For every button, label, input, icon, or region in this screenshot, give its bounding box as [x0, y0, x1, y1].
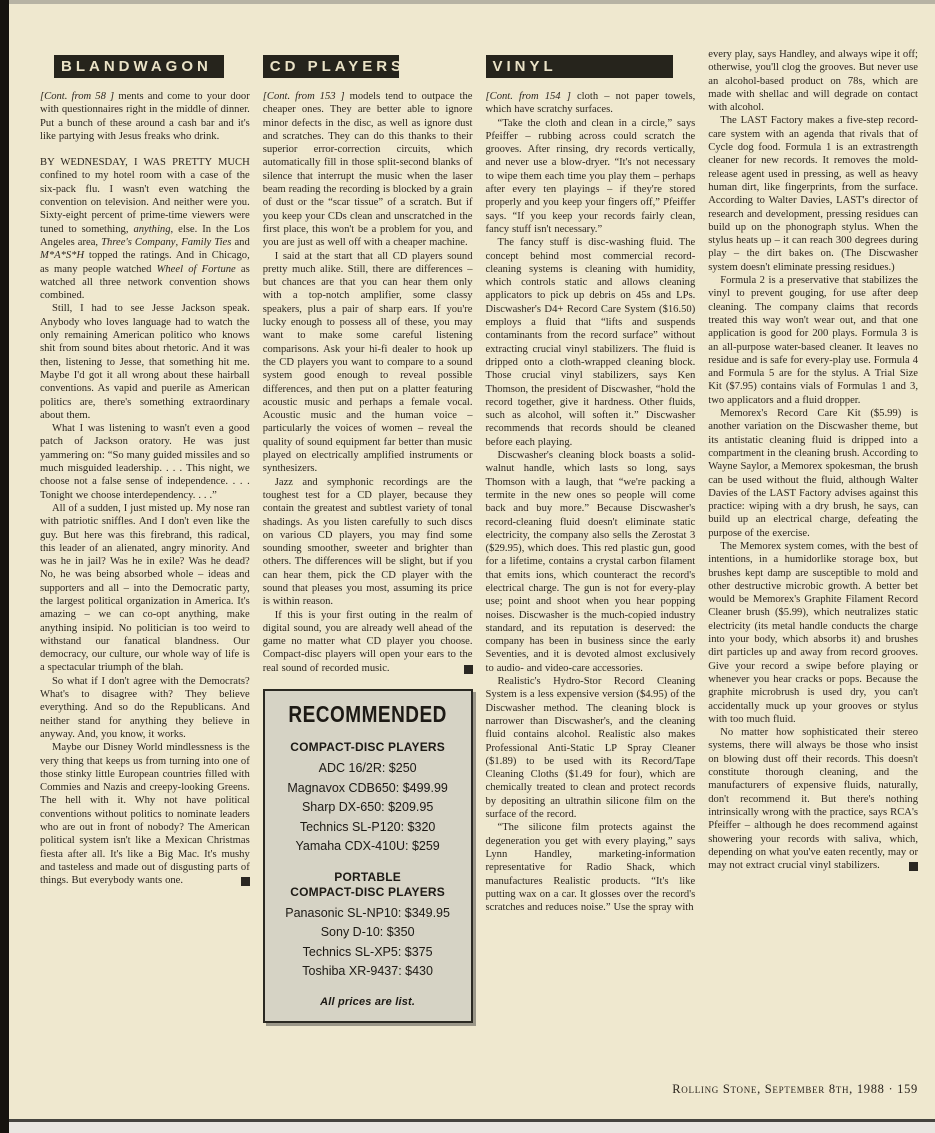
paragraph: Memorex's Record Care Kit ($5.99) is ano…: [708, 407, 918, 540]
recommended-item: ADC 16/2R: $250: [271, 759, 465, 779]
recommended-item: Panasonic SL-NP10: $349.95: [271, 904, 465, 924]
paragraph: BY WEDNESDAY, I WAS PRETTY MUCH confined…: [40, 156, 250, 302]
recommended-section: PORTABLECOMPACT-DISC PLAYERSPanasonic SL…: [271, 870, 465, 982]
section-header-vinyl: VINYL: [486, 55, 673, 78]
recommended-item: Toshiba XR-9437: $430: [271, 962, 465, 982]
paragraph: I said at the start that all CD players …: [263, 250, 473, 476]
paragraph: Still, I had to see Jesse Jackson speak.…: [40, 302, 250, 422]
page-footer: Rolling Stone, September 8th, 1988 · 159: [672, 1082, 918, 1097]
recommended-item: Magnavox CDB650: $499.99: [271, 779, 465, 799]
paragraph: Realistic's Hydro-Stor Record Cleaning S…: [486, 675, 696, 821]
paragraph: Formula 2 is a preservative that stabili…: [708, 274, 918, 407]
paragraph: The fancy stuff is disc-washing fluid. T…: [486, 236, 696, 449]
column-vinyl: VINYL [Cont. from 154 ] cloth – not pape…: [486, 48, 696, 1023]
recommended-item: Sharp DX-650: $209.95: [271, 798, 465, 818]
recommended-item: Technics SL-XP5: $375: [271, 943, 465, 963]
paragraph: All of a sudden, I just misted up. My no…: [40, 502, 250, 675]
column-body: [Cont. from 153 ] models tend to outpace…: [263, 90, 473, 1023]
recommended-item: Sony D-10: $350: [271, 923, 465, 943]
paragraph: What I was listening to wasn't even a go…: [40, 422, 250, 502]
paragraph: The LAST Factory makes a five-step recor…: [708, 114, 918, 274]
recommended-section-heading: COMPACT-DISC PLAYERS: [271, 740, 465, 755]
paragraph: “The silicone film protects against the …: [486, 821, 696, 914]
paragraph: Jazz and symphonic recordings are the to…: [263, 476, 473, 609]
column-vinyl-continued: every play, says Handley, and always wip…: [708, 48, 918, 1023]
end-of-article-mark: [464, 665, 473, 674]
paragraph: If this is your first outing in the real…: [263, 609, 473, 675]
recommended-box-title: RECOMMENDED: [271, 703, 465, 729]
recommended-box-note: All prices are list.: [271, 996, 465, 1008]
paragraph: every play, says Handley, and always wip…: [708, 48, 918, 114]
section-header-cd-players: CD PLAYERS: [263, 55, 399, 78]
recommended-item: Technics SL-P120: $320: [271, 818, 465, 838]
end-of-article-mark: [241, 877, 250, 886]
page-left-edge: [0, 0, 9, 1133]
continued-from-note: [Cont. from 58 ]: [40, 91, 114, 102]
paragraph: [Cont. from 153 ] models tend to outpace…: [263, 90, 473, 250]
continued-from-note: [Cont. from 154 ]: [486, 91, 571, 102]
end-of-article-mark: [909, 862, 918, 871]
paragraph: Maybe our Disney World mindlessness is t…: [40, 741, 250, 887]
column-blandwagon: BLANDWAGON [Cont. from 58 ] ments and co…: [40, 48, 250, 1023]
recommended-section-heading: PORTABLECOMPACT-DISC PLAYERS: [271, 870, 465, 900]
recommended-item: Yamaha CDX-410U: $259: [271, 837, 465, 857]
column-body: [Cont. from 154 ] cloth – not paper towe…: [486, 90, 696, 914]
paragraph: The Memorex system comes, with the best …: [708, 540, 918, 726]
page-top-edge: [0, 0, 935, 4]
paragraph: No matter how sophisticated their stereo…: [708, 726, 918, 872]
recommended-section: COMPACT-DISC PLAYERSADC 16/2R: $250Magna…: [271, 740, 465, 857]
paragraph: Discwasher's cleaning block boasts a sol…: [486, 449, 696, 675]
column-cd-players: CD PLAYERS [Cont. from 153 ] models tend…: [263, 48, 473, 1023]
column-body: every play, says Handley, and always wip…: [708, 48, 918, 872]
recommended-box: RECOMMENDEDCOMPACT-DISC PLAYERSADC 16/2R…: [263, 689, 473, 1023]
paragraph: [Cont. from 58 ] ments and come to your …: [40, 90, 250, 143]
article-columns: BLANDWAGON [Cont. from 58 ] ments and co…: [40, 48, 918, 1023]
section-header-blandwagon: BLANDWAGON: [54, 55, 224, 78]
column-body: [Cont. from 58 ] ments and come to your …: [40, 90, 250, 888]
page-bottom-edge: [9, 1122, 935, 1133]
continued-from-note: [Cont. from 153 ]: [263, 91, 345, 102]
paragraph: “Take the cloth and clean in a circle,” …: [486, 117, 696, 237]
paragraph: [Cont. from 154 ] cloth – not paper towe…: [486, 90, 696, 117]
paragraph: So what if I don't agree with the Democr…: [40, 675, 250, 741]
magazine-page: { "page": { "background": "#efe8cf", "he…: [0, 0, 935, 1133]
